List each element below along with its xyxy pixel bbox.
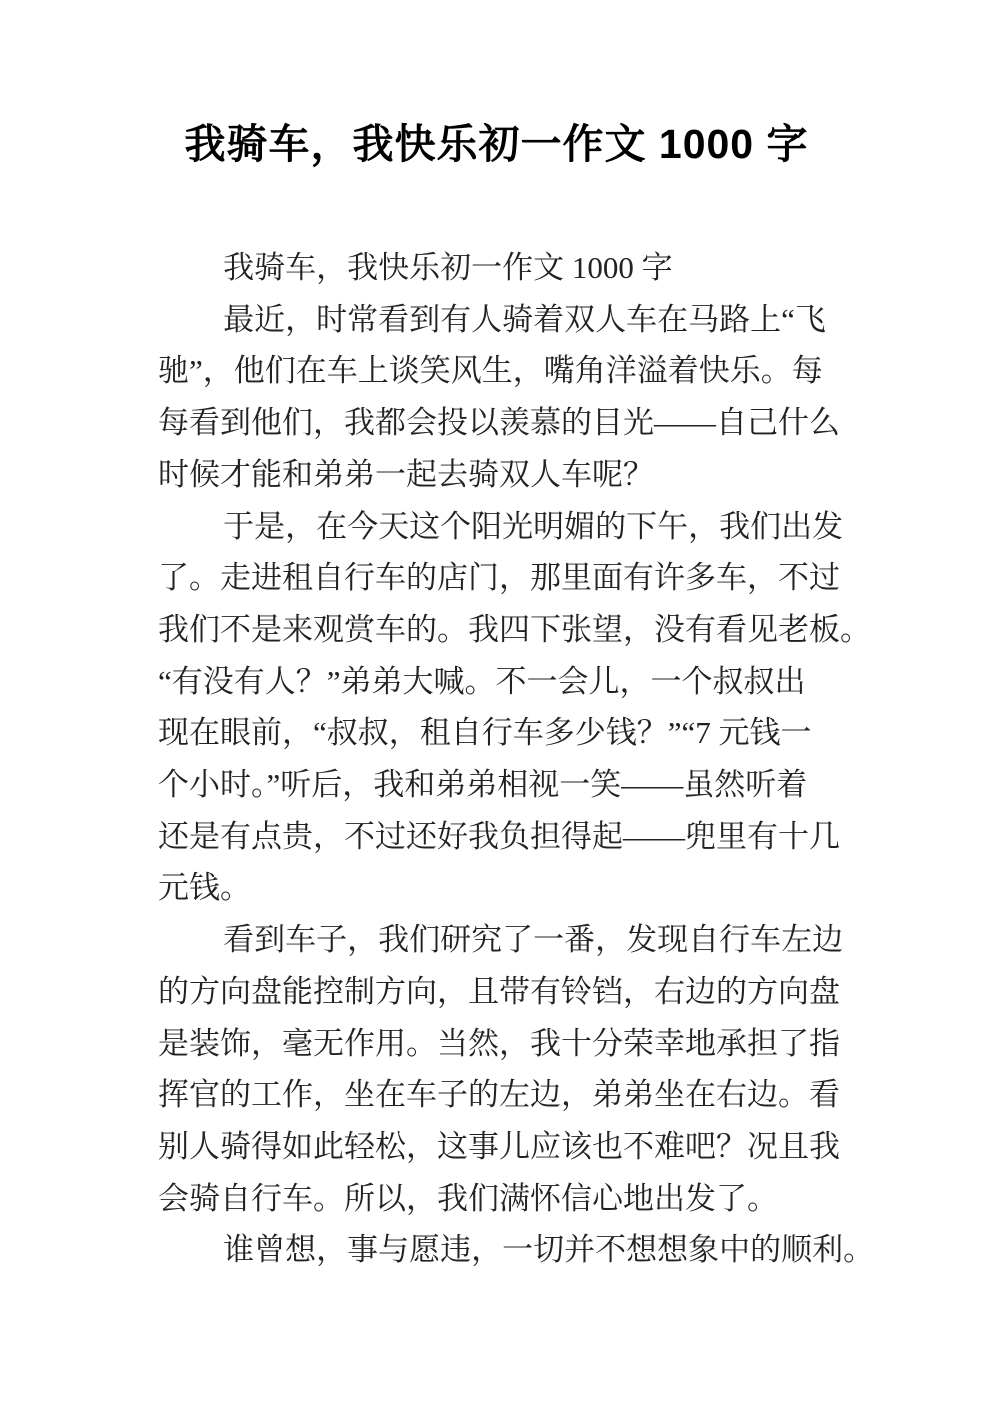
text-line: 我们不是来观赏车的。我四下张望，没有看见老板。: [158, 604, 993, 656]
text-line: 挥官的工作，坐在车子的左边，弟弟坐在右边。看: [158, 1069, 993, 1121]
text-line: 还是有点贵，不过还好我负担得起——兜里有十几: [158, 811, 993, 863]
paragraph-rental-shop: 于是，在今天这个阳光明媚的下午，我们出发 了。走进租自行车的店门，那里面有许多车…: [158, 501, 993, 915]
text-line: 元钱。: [158, 862, 993, 914]
text-line: 于是，在今天这个阳光明媚的下午，我们出发: [158, 501, 993, 553]
document-page: 我骑车，我快乐初一作文 1000 字 我骑车，我快乐初一作文 1000 字 最近…: [0, 0, 993, 1404]
document-title: 我骑车，我快乐初一作文 1000 字: [0, 0, 993, 170]
paragraph-examining-bike: 看到车子，我们研究了一番，发现自行车左边 的方向盘能控制方向，且带有铃铛，右边的…: [158, 914, 993, 1224]
paragraph-setback: 谁曾想，事与愿违，一切并不想想象中的顺利。: [158, 1224, 993, 1276]
text-line: 别人骑得如此轻松，这事儿应该也不难吧？况且我: [158, 1121, 993, 1173]
text-line: 是装饰，毫无作用。当然，我十分荣幸地承担了指: [158, 1018, 993, 1070]
text-line: 看到车子，我们研究了一番，发现自行车左边: [158, 914, 993, 966]
text-line: 时候才能和弟弟一起去骑双人车呢？: [158, 449, 993, 501]
text-line: 谁曾想，事与愿违，一切并不想想象中的顺利。: [158, 1224, 993, 1276]
text-line: 了。走进租自行车的店门，那里面有许多车，不过: [158, 552, 993, 604]
text-line: 驰”，他们在车上谈笑风生，嘴角洋溢着快乐。每: [158, 345, 993, 397]
text-line: 我骑车，我快乐初一作文 1000 字: [158, 242, 993, 294]
text-line: 最近，时常看到有人骑着双人车在马路上“飞: [158, 294, 993, 346]
text-line: 现在眼前，“叔叔，租自行车多少钱？”“7 元钱一: [158, 707, 993, 759]
document-body: 我骑车，我快乐初一作文 1000 字 最近，时常看到有人骑着双人车在马路上“飞 …: [158, 242, 993, 1276]
text-line: 的方向盘能控制方向，且带有铃铛，右边的方向盘: [158, 966, 993, 1018]
text-line: “有没有人？”弟弟大喊。不一会儿，一个叔叔出: [158, 656, 993, 708]
paragraph-intro: 最近，时常看到有人骑着双人车在马路上“飞 驰”，他们在车上谈笑风生，嘴角洋溢着快…: [158, 294, 993, 501]
paragraph-title-line: 我骑车，我快乐初一作文 1000 字: [158, 242, 993, 294]
text-line: 每看到他们，我都会投以羡慕的目光——自己什么: [158, 397, 993, 449]
text-line: 会骑自行车。所以，我们满怀信心地出发了。: [158, 1173, 993, 1225]
text-line: 个小时。”听后，我和弟弟相视一笑——虽然听着: [158, 759, 993, 811]
